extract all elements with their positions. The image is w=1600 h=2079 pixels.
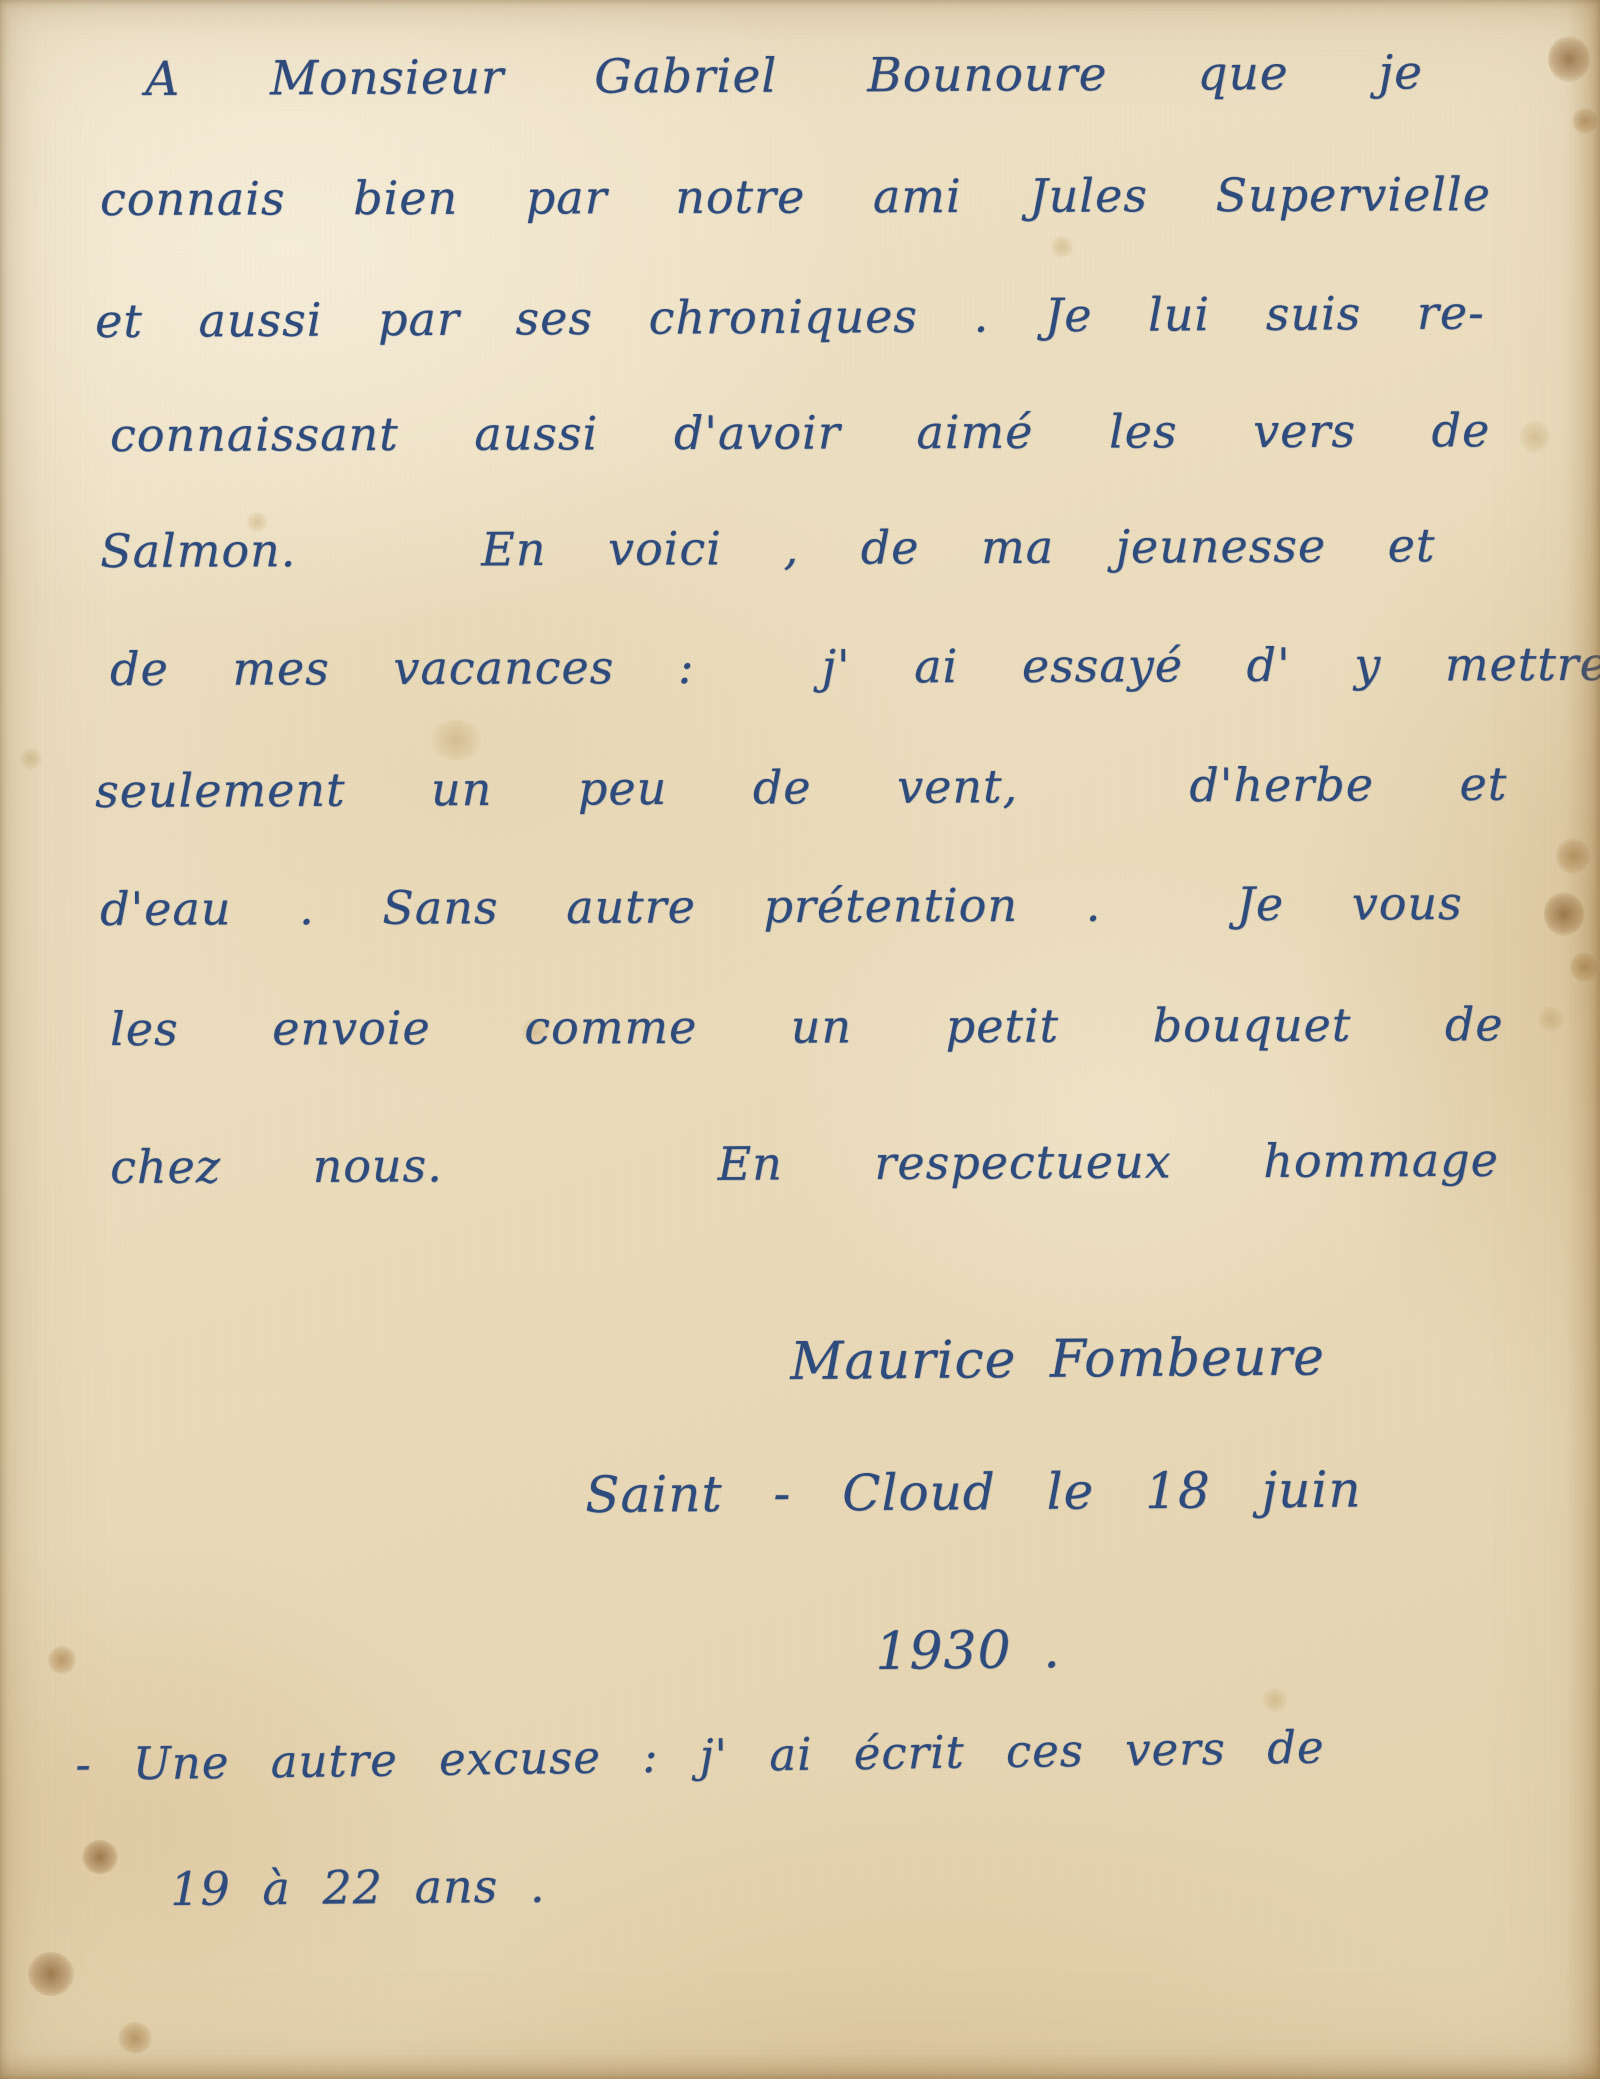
foxing-spot	[118, 2022, 152, 2054]
letter-line: les envoie comme un petit bouquet de	[110, 997, 1504, 1056]
foxing-spot	[1544, 892, 1584, 936]
postscript-line: 19 à 22 ans .	[170, 1859, 546, 1916]
letter-line: d'eau . Sans autre prétention . Je vous	[100, 876, 1463, 936]
letter-line: connaissant aussi d'avoir aimé les vers …	[110, 403, 1490, 462]
foxing-spot	[430, 720, 482, 760]
foxing-spot	[1572, 108, 1598, 134]
letter-page: A Monsieur Gabriel Bounoure que je conna…	[0, 0, 1600, 2079]
foxing-spot	[82, 1840, 118, 1874]
letter-line: connais bien par notre ami Jules Supervi…	[100, 167, 1491, 226]
foxing-spot	[1262, 1688, 1288, 1712]
foxing-spot	[1556, 838, 1590, 874]
letter-line: Salmon. En voici , de ma jeunesse et	[100, 518, 1436, 578]
foxing-spot	[48, 1646, 76, 1674]
year-line: 1930 .	[875, 1620, 1061, 1682]
postscript-line: - Une autre excuse : j' ai écrit ces ver…	[75, 1721, 1325, 1791]
letter-line: A Monsieur Gabriel Bounoure que je	[145, 45, 1423, 107]
foxing-spot	[28, 1952, 74, 1996]
foxing-spot	[1520, 420, 1550, 454]
letter-line: et aussi par ses chroniques . Je lui sui…	[95, 286, 1485, 348]
foxing-spot	[1570, 952, 1598, 982]
foxing-spot	[1538, 1006, 1564, 1032]
foxing-spot	[1548, 36, 1590, 82]
letter-line: de mes vacances : j' ai essayé d' y mett…	[110, 637, 1600, 696]
signature: Maurice Fombeure	[790, 1327, 1325, 1392]
paper-edge	[1566, 0, 1600, 2079]
paper-edge	[0, 2053, 1600, 2079]
letter-line: chez nous. En respectueux hommage	[110, 1133, 1499, 1194]
letter-line: seulement un peu de vent, d'herbe et	[95, 757, 1507, 818]
foxing-spot	[20, 748, 42, 770]
place-date-line: Saint - Cloud le 18 juin	[585, 1461, 1362, 1524]
foxing-spot	[1050, 236, 1074, 258]
